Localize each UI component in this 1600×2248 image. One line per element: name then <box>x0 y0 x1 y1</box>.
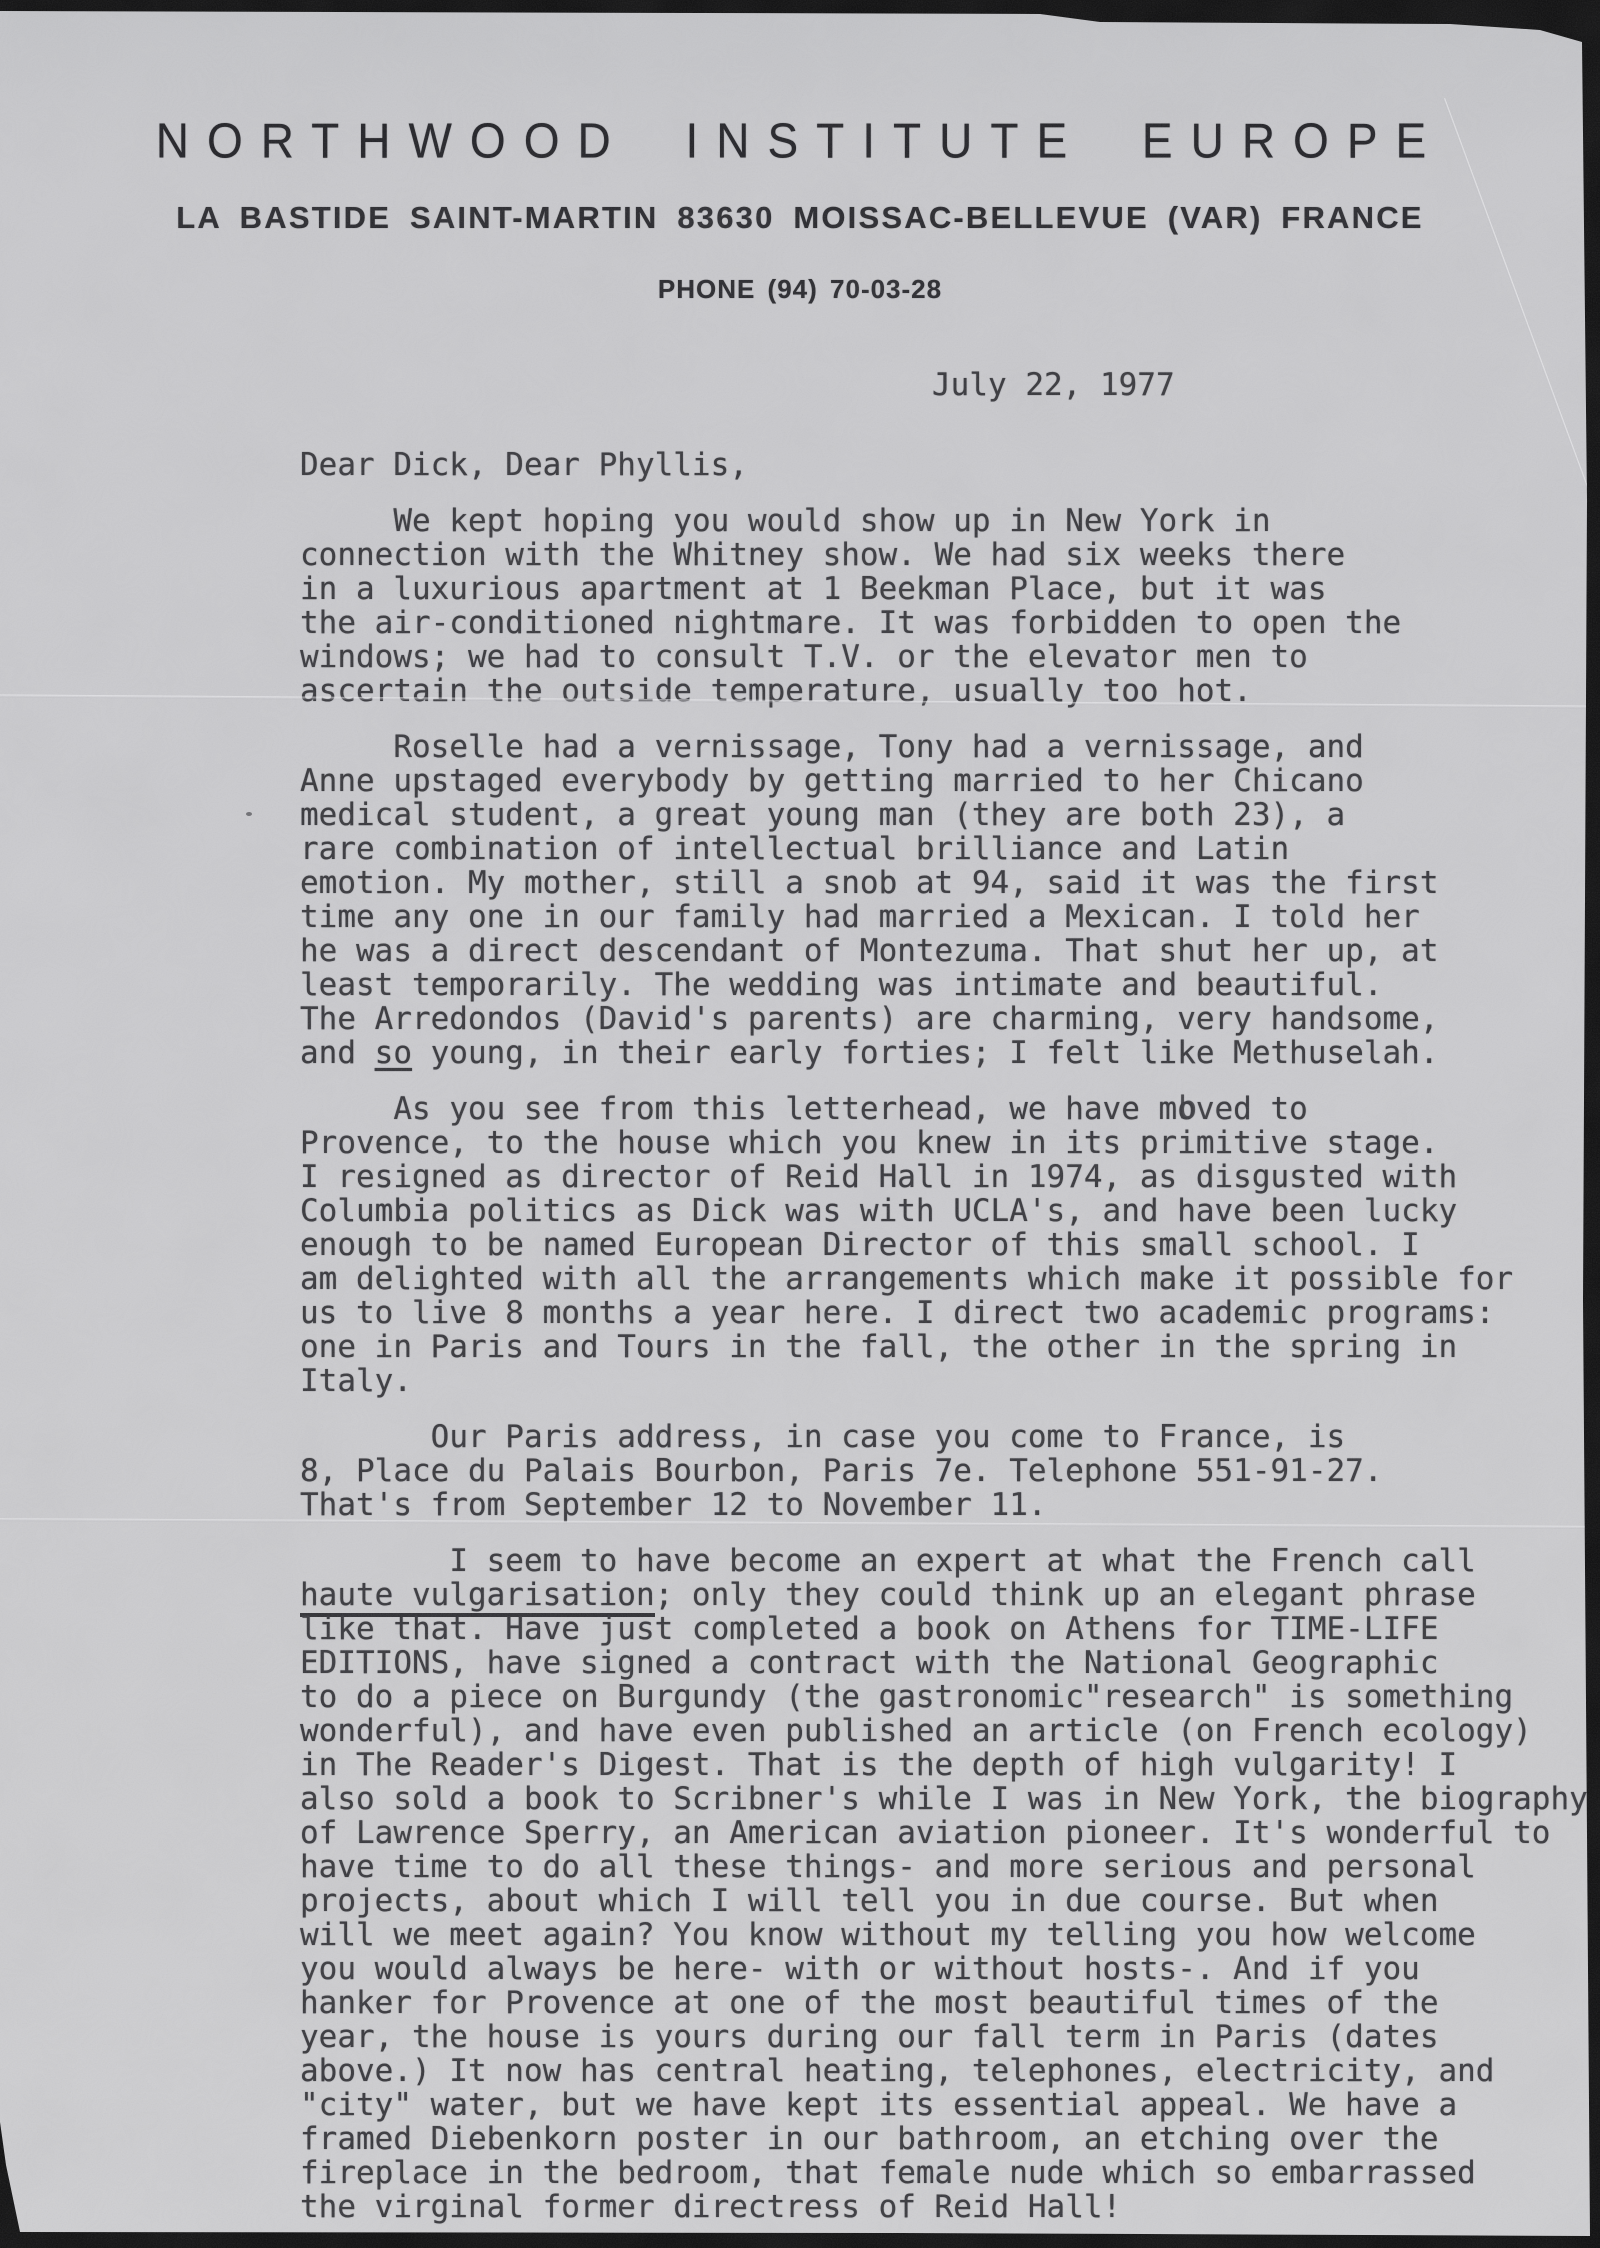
paragraph-2-text-end: young, in their early forties; I felt li… <box>412 1035 1439 1071</box>
ink-speck <box>246 812 252 816</box>
paragraph-3-text-end: ved to Provence, to the house which you … <box>300 1091 1513 1399</box>
paragraph-1: We kept hoping you would show up in New … <box>300 504 1600 708</box>
letterhead-institution-name: NORTHWOOD INSTITUTE EUROPE <box>0 112 1600 169</box>
letter-body: Dear Dick, Dear Phyllis, We kept hoping … <box>300 448 1600 2224</box>
paragraph-3-text: As you see from this letterhead, we have… <box>300 1091 1177 1127</box>
letter-paper: NORTHWOOD INSTITUTE EUROPE LA BASTIDE SA… <box>0 0 1600 2248</box>
scanned-letter-page: NORTHWOOD INSTITUTE EUROPE LA BASTIDE SA… <box>0 0 1600 2248</box>
salutation: Dear Dick, Dear Phyllis, <box>300 448 1600 482</box>
paragraph-5-text-end: ; only they could think up an elegant ph… <box>300 1577 1588 2225</box>
underlined-word-so: so <box>375 1035 412 1071</box>
paragraph-5: I seem to have become an expert at what … <box>300 1544 1600 2224</box>
paragraph-5-text: I seem to have become an expert at what … <box>300 1543 1476 1579</box>
typewriter-overstrike: ob <box>1177 1092 1196 1126</box>
paragraph-2-text: Roselle had a vernissage, Tony had a ver… <box>300 729 1438 1071</box>
paragraph-3: As you see from this letterhead, we have… <box>300 1092 1600 1398</box>
letterhead-phone: PHONE (94) 70-03-28 <box>0 274 1600 305</box>
letter-date: July 22, 1977 <box>932 368 1175 402</box>
paragraph-2: Roselle had a vernissage, Tony had a ver… <box>300 730 1600 1070</box>
overstrike-top-char: b <box>1178 1091 1197 1125</box>
paragraph-4: Our Paris address, in case you come to F… <box>300 1420 1600 1522</box>
letterhead-address: LA BASTIDE SAINT-MARTIN 83630 MOISSAC-BE… <box>0 200 1600 236</box>
